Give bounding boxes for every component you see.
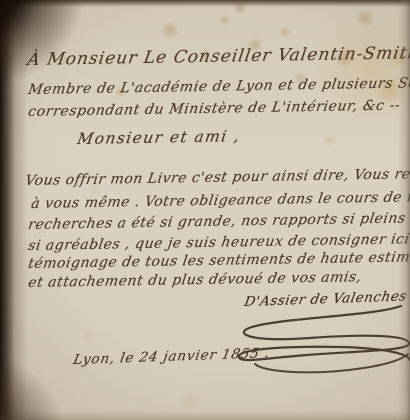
body-line: recherches a été si grande, nos rapports… xyxy=(27,209,410,233)
page-top-edge-shadow xyxy=(0,0,410,7)
salutation: Monsieur et ami , xyxy=(76,127,242,148)
signature-name: D'Assier de Valenches xyxy=(243,288,408,310)
recipient-line-3: correspondant du Ministère de L'intérieu… xyxy=(27,98,402,120)
body-line: à vous même . Votre obligeance dans le c… xyxy=(30,189,410,212)
recipient-line-2: Membre de L'académie de Lyon et de plusi… xyxy=(27,74,410,98)
dateline: Lyon, le 24 janvier 1855 . xyxy=(72,345,271,368)
body-line: Vous offrir mon Livre c'est pour ainsi d… xyxy=(24,166,410,189)
book-gutter-shadow xyxy=(0,0,28,420)
bottom-left-corner-shadow xyxy=(0,330,90,420)
body-line: et attachement du plus dévoué de vos ami… xyxy=(27,269,363,291)
page-bottom-edge xyxy=(0,411,410,420)
manuscript-photo: À Monsieur Le Conseiller Valentin-Smith … xyxy=(0,0,410,420)
recipient-line-1: À Monsieur Le Conseiller Valentin-Smith … xyxy=(26,43,410,70)
signature-flourish-icon xyxy=(215,302,410,382)
